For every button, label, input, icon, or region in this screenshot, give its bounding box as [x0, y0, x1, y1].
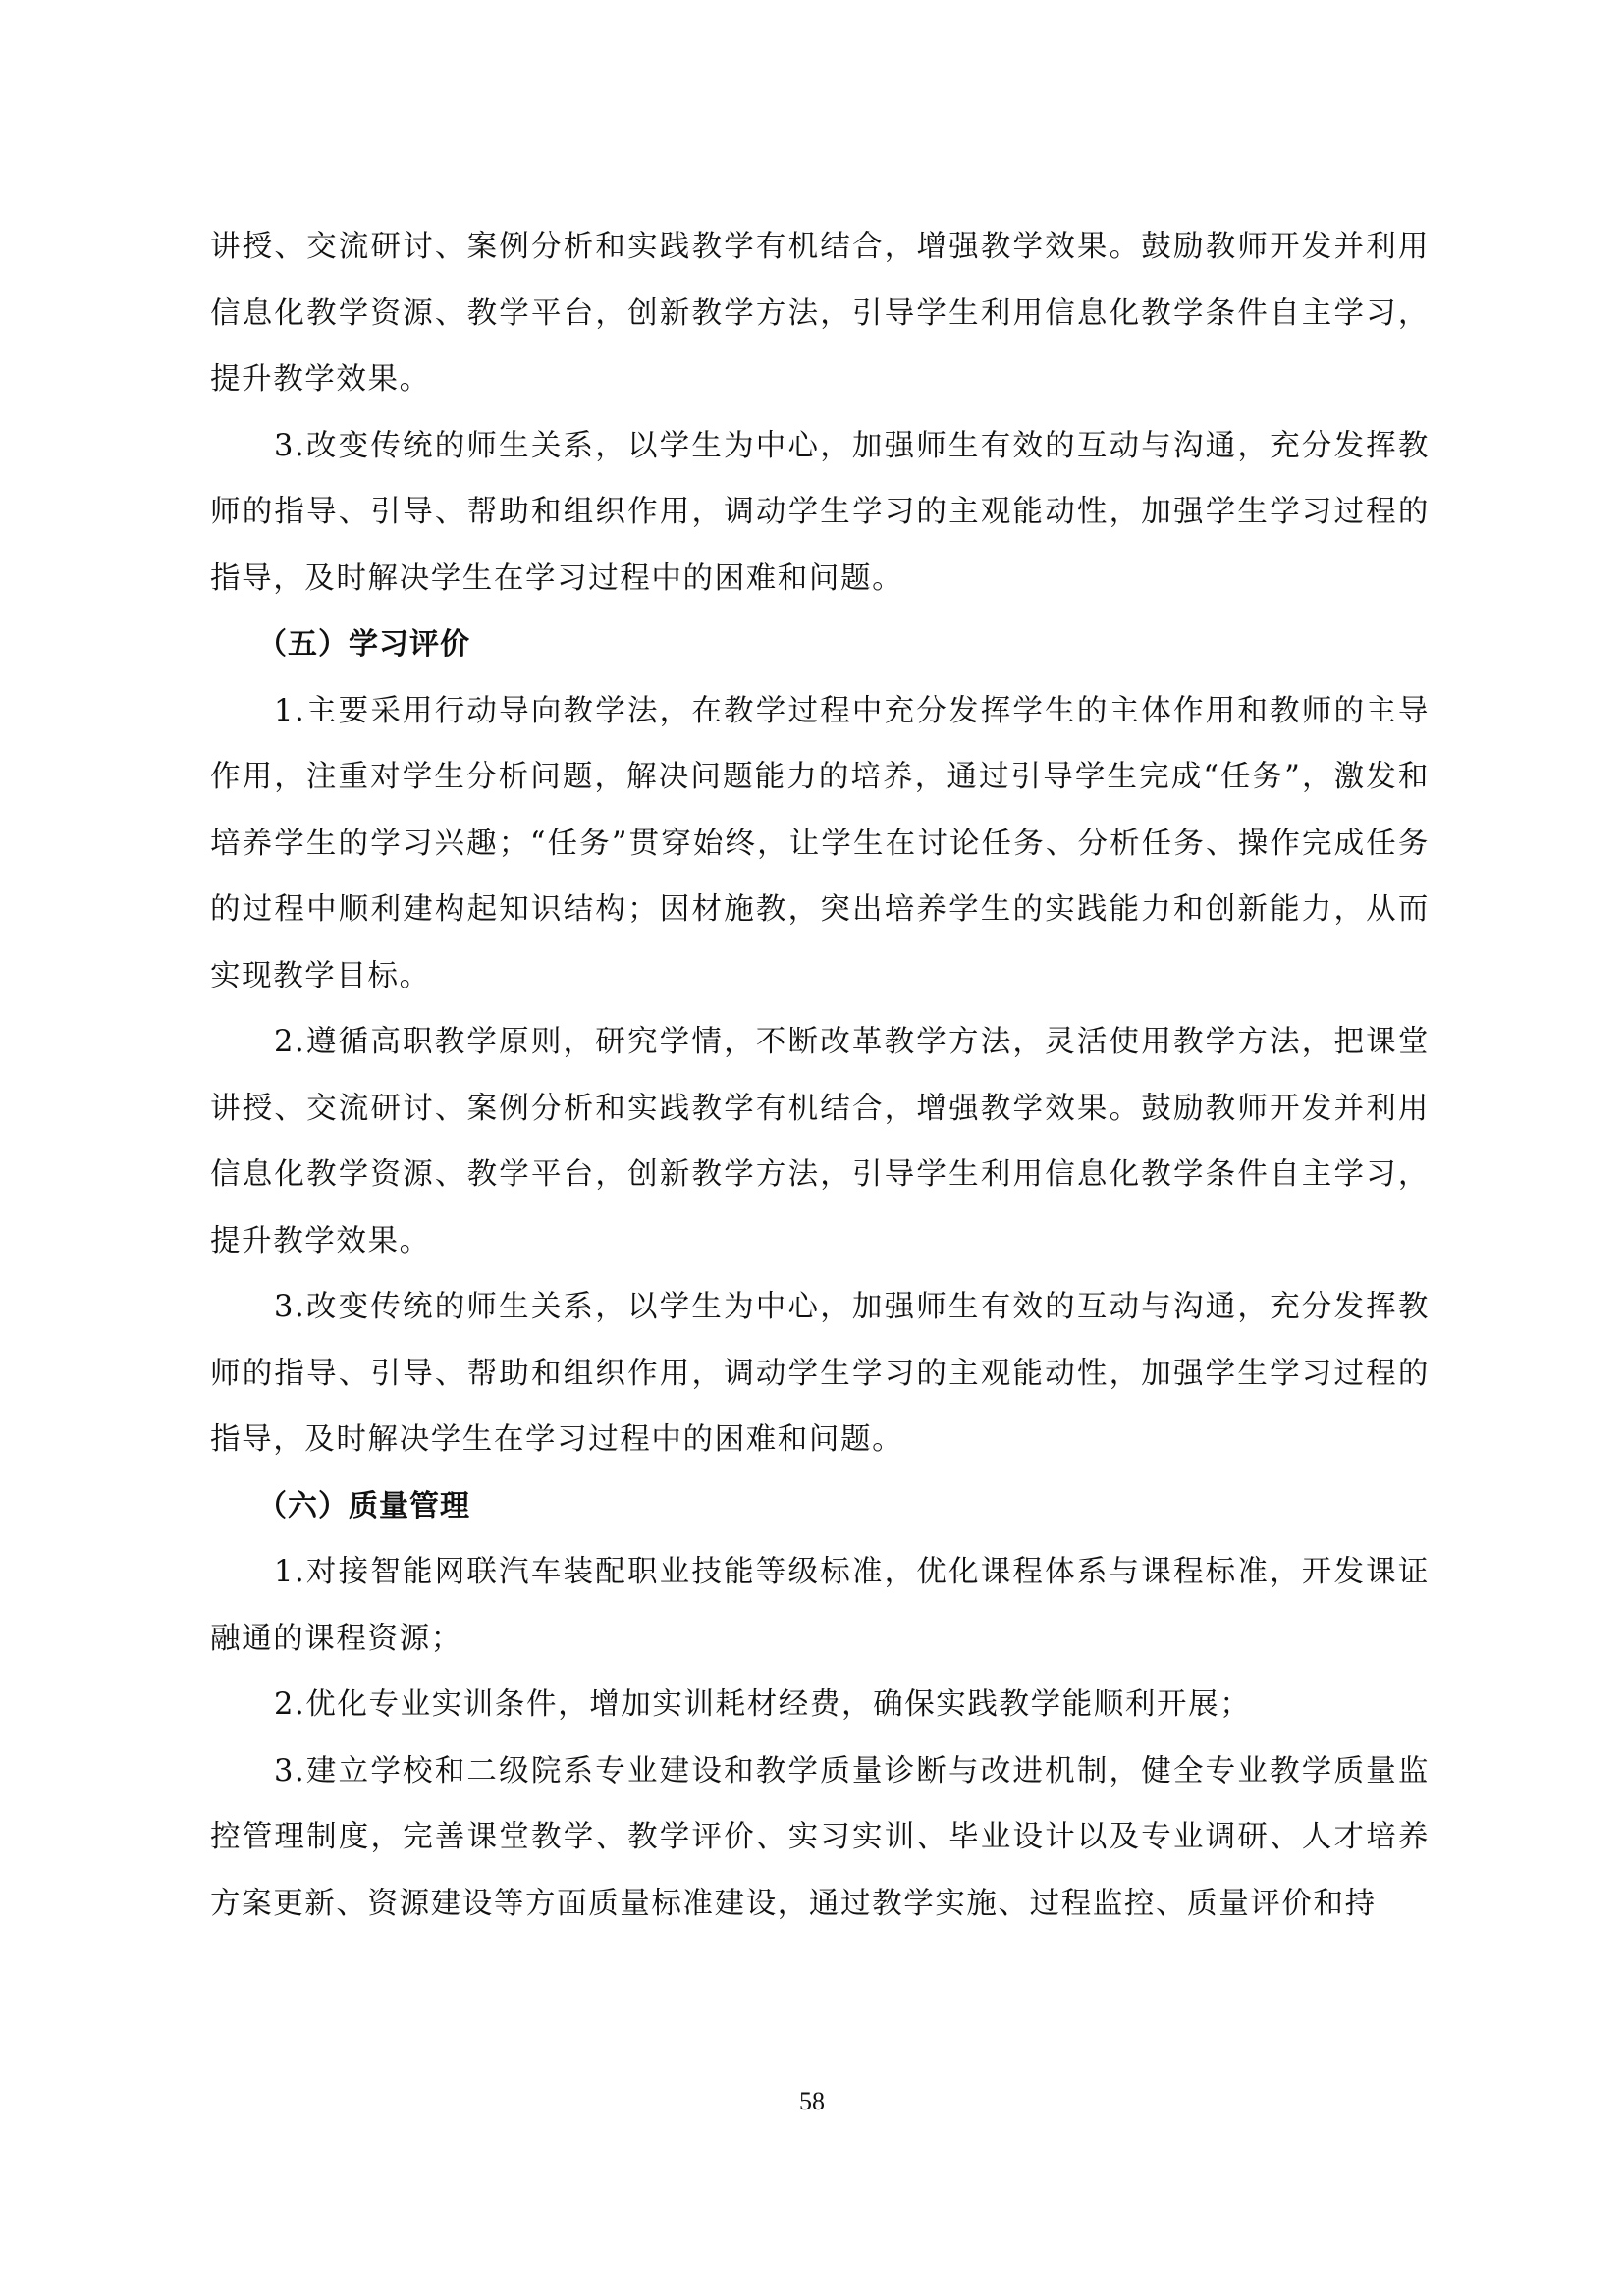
- page-body: 讲授、交流研讨、案例分析和实践教学有机结合，增强教学效果。鼓励教师开发并利用信息…: [210, 214, 1430, 1937]
- paragraph-action-oriented-teaching: 1.主要采用行动导向教学法，在教学过程中充分发挥学生的主体作用和教师的主导作用，…: [210, 678, 1430, 1010]
- paragraph-training-conditions: 2.优化专业实训条件，增加实训耗材经费，确保实践教学能顺利开展；: [210, 1672, 1430, 1738]
- paragraph-quality-diagnosis-mechanism: 3.建立学校和二级院系专业建设和教学质量诊断与改进机制，健全专业教学质量监控管理…: [210, 1738, 1430, 1938]
- paragraph-curriculum-standards: 1.对接智能网联汽车装配职业技能等级标准，优化课程体系与课程标准，开发课证融通的…: [210, 1539, 1430, 1672]
- paragraph-teacher-student-relationship-2: 3.改变传统的师生关系，以学生为中心，加强师生有效的互动与沟通，充分发挥教师的指…: [210, 1274, 1430, 1473]
- section-heading-quality-management: （六）质量管理: [210, 1473, 1430, 1540]
- paragraph-vocational-teaching-principles: 2.遵循高职教学原则，研究学情，不断改革教学方法，灵活使用教学方法，把课堂讲授、…: [210, 1009, 1430, 1274]
- page-number: 58: [0, 2087, 1624, 2116]
- section-heading-learning-evaluation: （五）学习评价: [210, 612, 1430, 678]
- paragraph-teacher-student-relationship: 3.改变传统的师生关系，以学生为中心，加强师生有效的互动与沟通，充分发挥教师的指…: [210, 413, 1430, 613]
- paragraph-continued-teaching-methods: 讲授、交流研讨、案例分析和实践教学有机结合，增强教学效果。鼓励教师开发并利用信息…: [210, 214, 1430, 413]
